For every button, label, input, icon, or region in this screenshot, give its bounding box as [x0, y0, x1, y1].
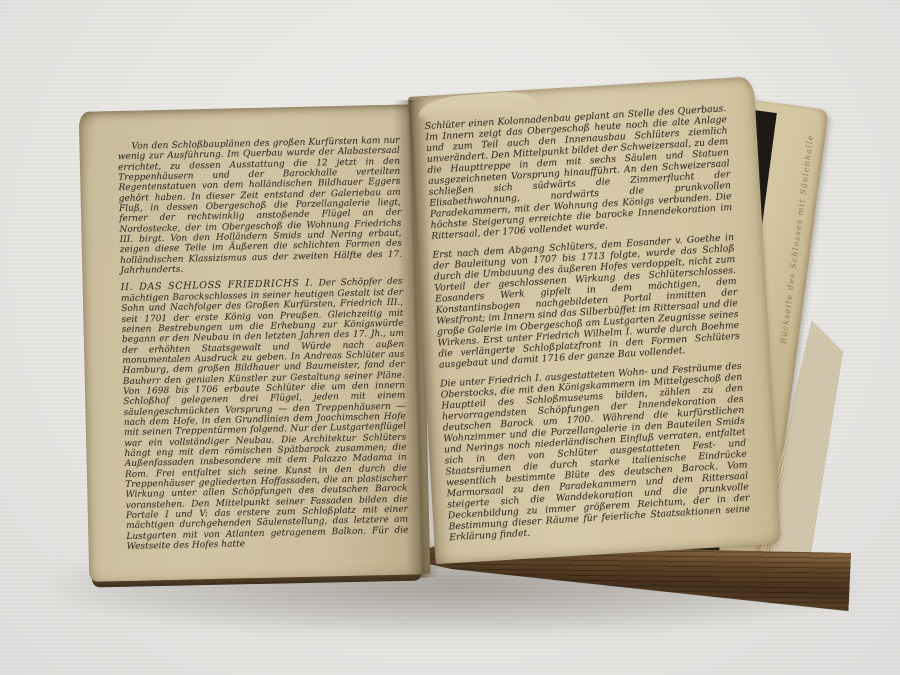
left-page-paragraph-1: Von den Schloßbauplänen des großen Kurfü… [117, 136, 402, 277]
photo-background-surface: Rückseite des Schlosses mit Säulenhalle … [0, 0, 900, 675]
right-page-paragraph-2: Erst nach dem Abgang Schlüters, dem Eosa… [432, 232, 741, 371]
left-page-text: Von den Schloßbauplänen des großen Kurfü… [117, 136, 408, 560]
right-page: Schlüter einen Kolonnadenbau geplant an … [408, 76, 781, 564]
left-page-paragraph-2: II. DAS SCHLOSS FRIEDRICHS I. Der Schöpf… [121, 277, 409, 552]
left-page-paragraph-2-body: Der Schöpfer des mächtigen Barockschloss… [121, 277, 409, 552]
right-page-text: Schlüter einen Kolonnadenbau geplant an … [424, 103, 751, 551]
right-page-paragraph-3: Die unter Friedrich I. ausgestatteten Wo… [440, 361, 751, 544]
right-page-paragraph-1: Schlüter einen Kolonnadenbau geplant an … [424, 103, 733, 242]
plate-caption-title: Rückseite des Schlosses mit Säulenhalle [779, 125, 817, 344]
left-page: Von den Schloßbauplänen des großen Kurfü… [79, 104, 431, 582]
